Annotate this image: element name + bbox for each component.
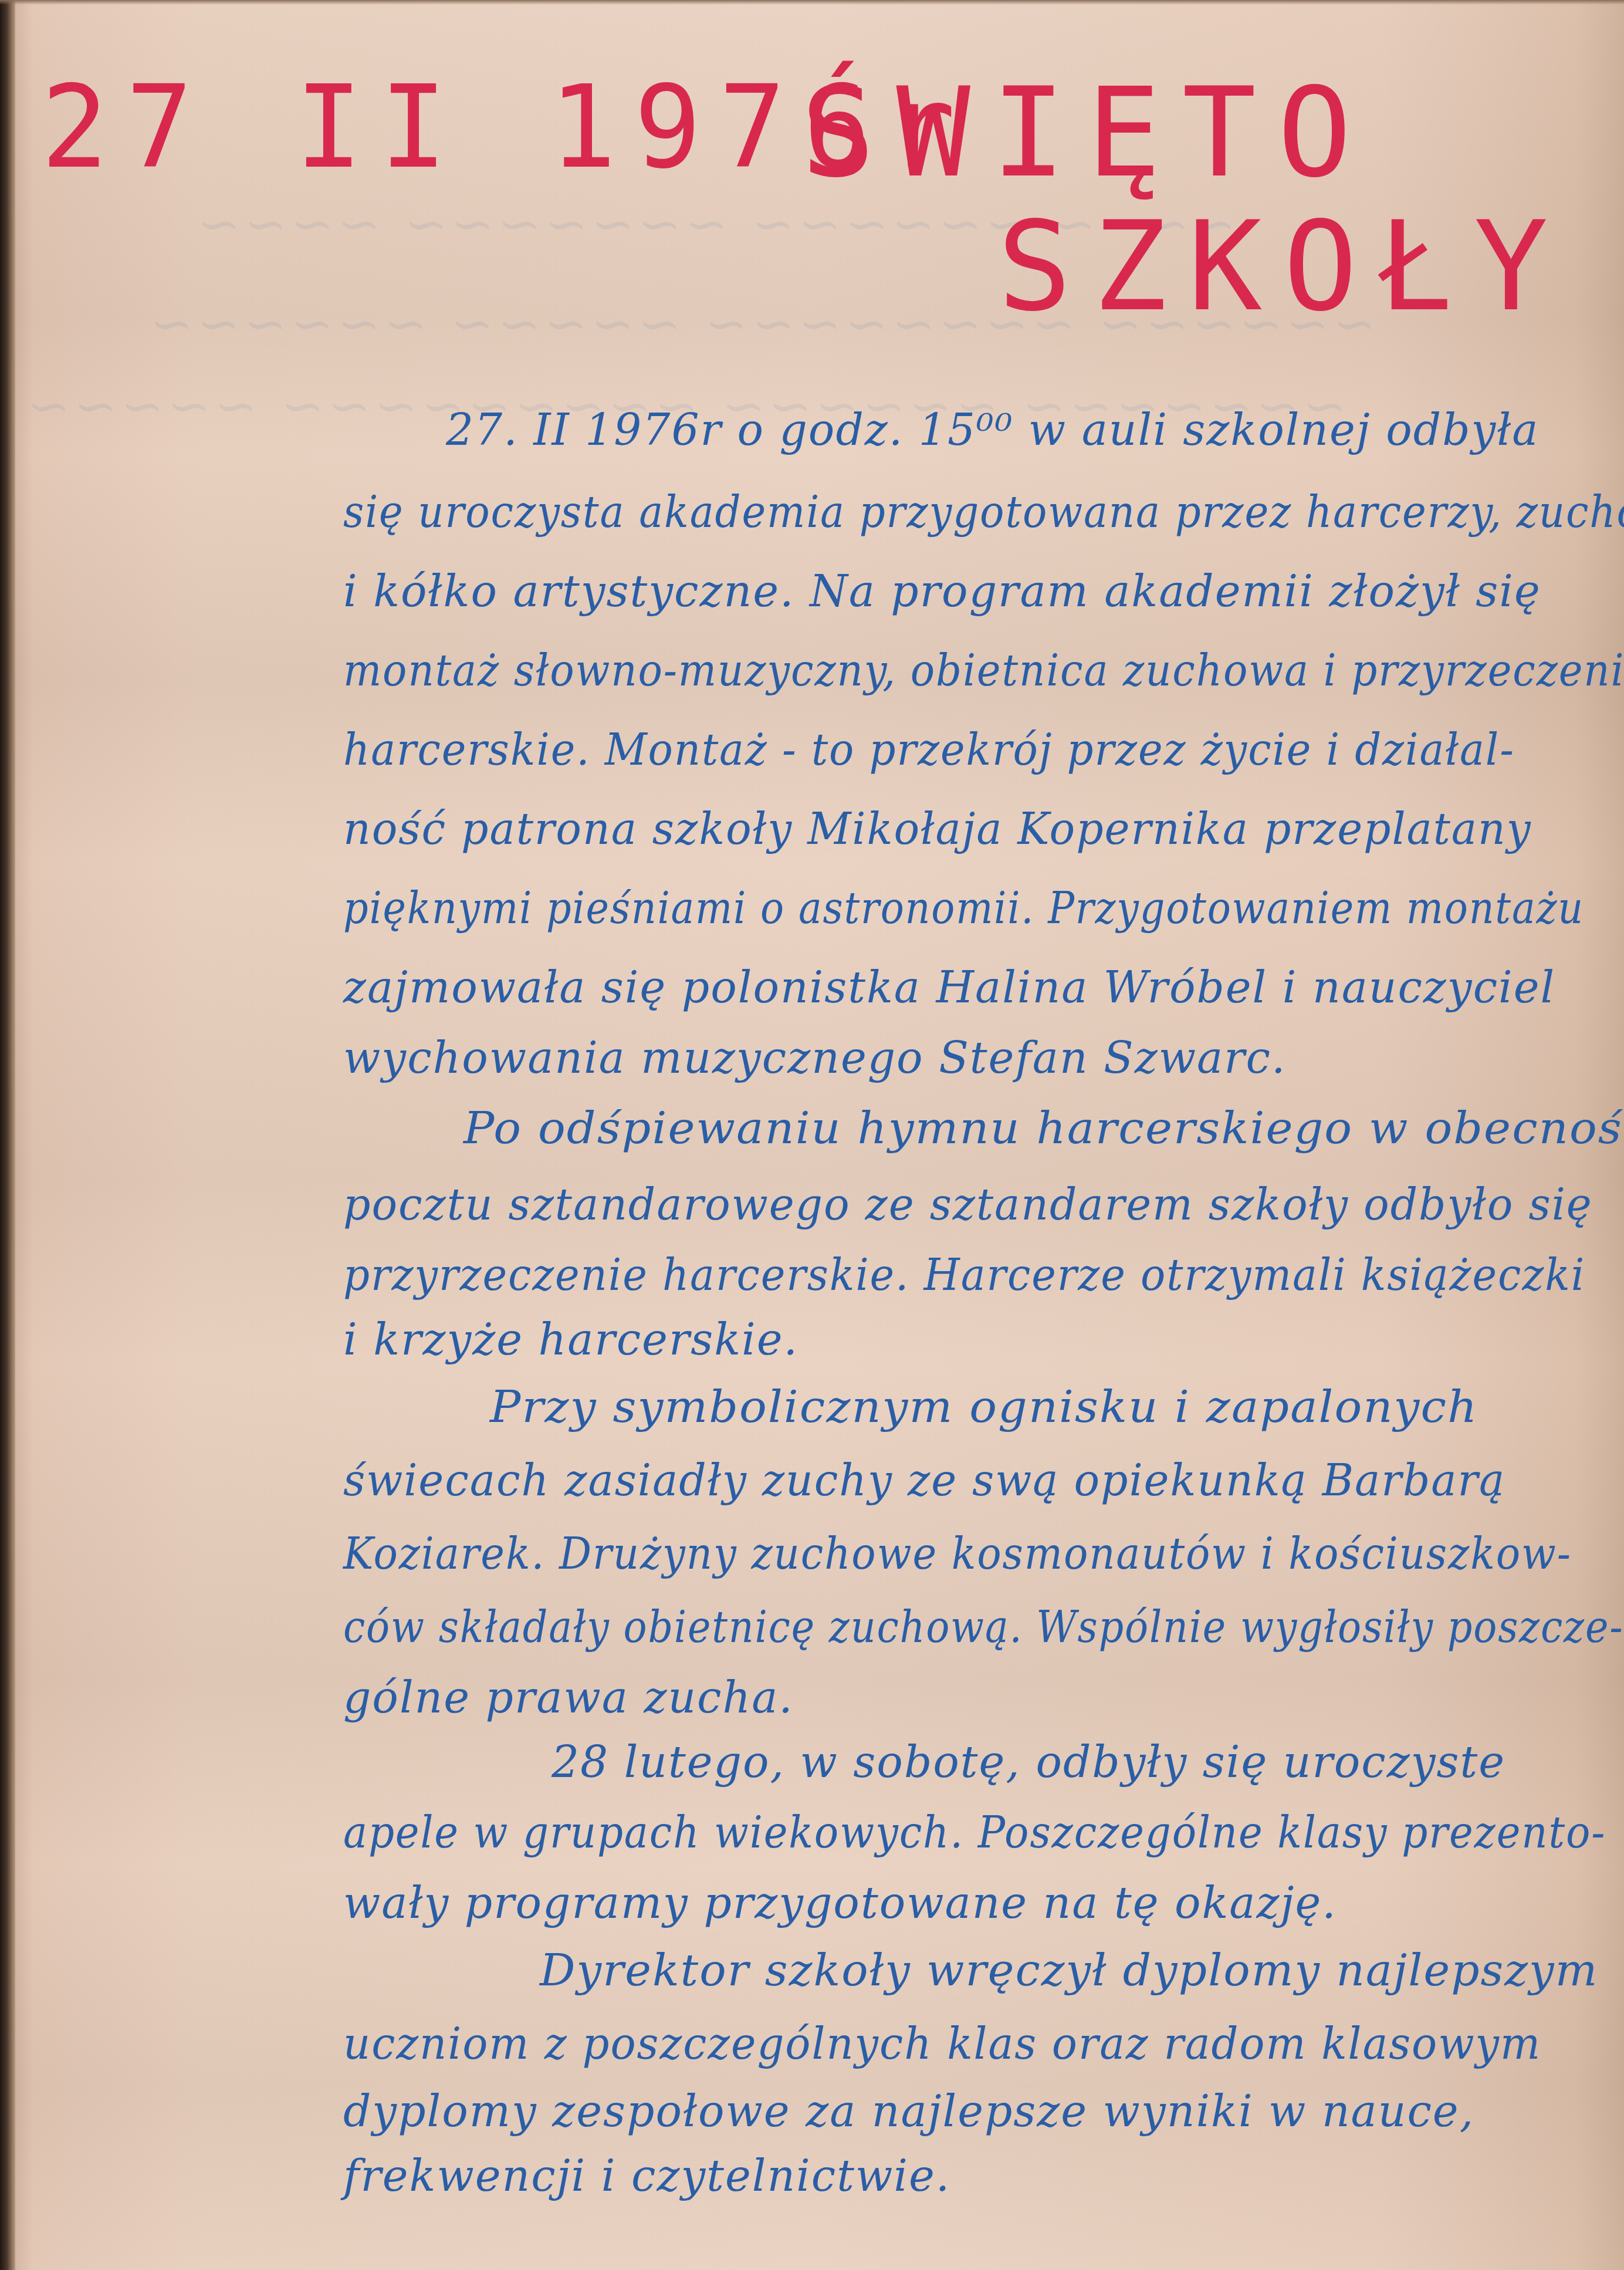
text-line: frekwencji i czytelnictwie. (343, 2151, 950, 2201)
text-line: dyplomy zespołowe za najlepsze wyniki w … (343, 2086, 1474, 2137)
page-title-line-2: SZKOŁY (997, 195, 1569, 339)
text-line: Przy symbolicznym ognisku i zapalonych (490, 1382, 1478, 1433)
text-line: ców składały obietnicę zuchową. Wspólnie… (343, 1602, 1624, 1653)
text-line: apele w grupach wiekowych. Poszczególne … (343, 1808, 1606, 1858)
text-line: montaż słowno-muzyczny, obietnica zuchow… (343, 646, 1624, 696)
page-title-line-1: ŚWIĘTO (801, 61, 1373, 205)
text-line: 27. II 1976r o godz. 15⁰⁰ w auli szkolne… (446, 405, 1539, 455)
binding-spine (0, 0, 15, 2270)
text-line: 28 lutego, w sobotę, odbyły się uroczyst… (552, 1737, 1505, 1788)
text-line: gólne prawa zucha. (343, 1673, 794, 1723)
text-line: pięknymi pieśniami o astronomii. Przygot… (343, 883, 1584, 934)
text-line: i kółko artystyczne. Na program akademii… (343, 566, 1541, 617)
text-line: i krzyże harcerskie. (343, 1315, 799, 1365)
text-line: Dyrektor szkoły wręczył dyplomy najlepsz… (540, 1945, 1598, 1996)
text-line: Po odśpiewaniu hymnu harcerskiego w obec… (463, 1103, 1624, 1154)
text-line: się uroczysta akademia przygotowana prze… (343, 487, 1624, 538)
text-line: zajmowała się polonistka Halina Wróbel i… (343, 962, 1555, 1013)
text-line: uczniom z poszczególnych klas oraz radom… (343, 2019, 1541, 2069)
text-line: świecach zasiadły zuchy ze swą opiekunką… (343, 1455, 1505, 1506)
text-line: wały programy przygotowane na tę okazję. (343, 1878, 1337, 1928)
page-top-edge (0, 0, 1624, 5)
text-line: przyrzeczenie harcerskie. Harcerze otrzy… (343, 1250, 1585, 1300)
notebook-page: ~~~~ ~~~~~~ ~~~~~~~ ~~~~ ~~~~~~ ~~~~~~~~… (0, 0, 1624, 2270)
text-line: wychowania muzycznego Stefan Szwarc. (343, 1033, 1287, 1083)
text-line: harcerskie. Montaż - to przekrój przez ż… (343, 725, 1515, 775)
text-line: pocztu sztandarowego ze sztandarem szkoł… (343, 1180, 1593, 1230)
text-line: ność patrona szkoły Mikołaja Kopernika p… (343, 804, 1532, 854)
text-line: Koziarek. Drużyny zuchowe kosmonautów i … (343, 1529, 1572, 1579)
